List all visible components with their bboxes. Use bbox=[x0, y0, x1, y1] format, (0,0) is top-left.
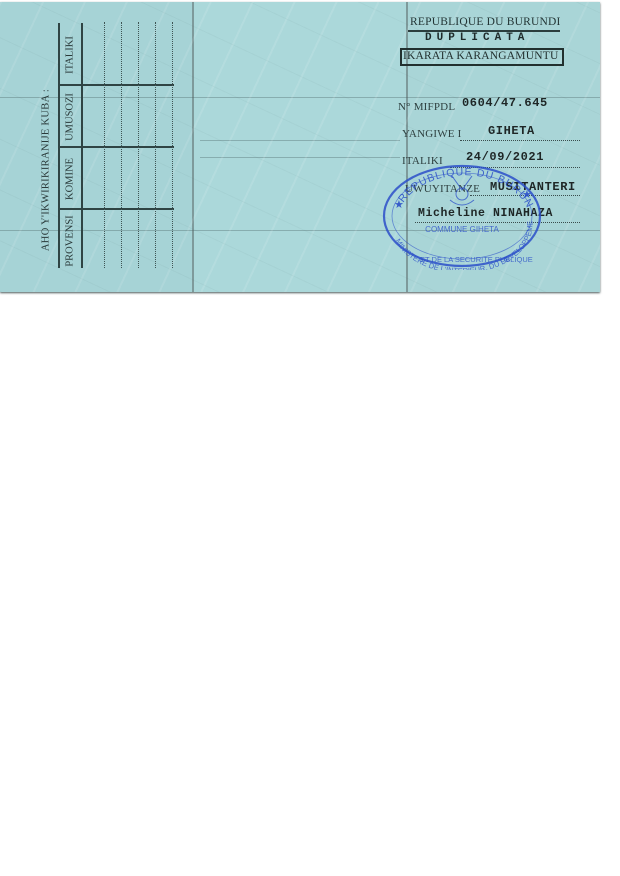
field-label-number: N° MIFPDL bbox=[398, 101, 455, 113]
svg-text:ET DE LA SECURITE PUBLIQUE: ET DE LA SECURITE PUBLIQUE bbox=[420, 255, 533, 264]
field-label-place: YANGIWE I bbox=[402, 128, 462, 140]
stamp-seal-icon: REPUBLIQUE DU BURUNDI ★ ★ COMMUNE GIHETA… bbox=[380, 160, 545, 270]
table-divider bbox=[60, 146, 174, 148]
crease bbox=[200, 140, 400, 141]
field-value-place: GIHETA bbox=[488, 124, 535, 138]
column-provensi: PROVENSI bbox=[60, 213, 80, 268]
duplicate-stamp-text: DUPLICATA bbox=[425, 32, 529, 44]
dotted-row-line bbox=[121, 22, 122, 268]
dotted-row-line bbox=[172, 22, 173, 268]
svg-text:COMMUNE GIHETA: COMMUNE GIHETA bbox=[425, 225, 499, 234]
table-divider bbox=[60, 84, 174, 86]
official-stamp: REPUBLIQUE DU BURUNDI ★ ★ COMMUNE GIHETA… bbox=[380, 160, 545, 270]
country-heading: REPUBLIQUE DU BURUNDI bbox=[410, 16, 561, 28]
dotted-row-line bbox=[138, 22, 139, 268]
column-komine: KOMINE bbox=[60, 150, 80, 208]
column-umusozi: UMUSOZI bbox=[60, 88, 80, 146]
fold-line bbox=[192, 2, 194, 292]
middle-panel bbox=[194, 2, 406, 292]
dotted-row-line bbox=[155, 22, 156, 268]
column-italiki: ITALIKI bbox=[60, 26, 80, 84]
dotted-line bbox=[460, 140, 580, 141]
dotted-row-line bbox=[104, 22, 105, 268]
residence-table-title: AHO Y'IKWIRIKIRANIJE KUBA : bbox=[36, 70, 56, 270]
svg-text:★: ★ bbox=[394, 199, 404, 211]
crease bbox=[200, 157, 400, 158]
card-title: IKARATA KARANGAMUNTU bbox=[403, 50, 558, 62]
table-divider bbox=[60, 208, 174, 210]
svg-text:★: ★ bbox=[522, 189, 532, 201]
field-value-number: 0604/47.645 bbox=[462, 96, 548, 110]
